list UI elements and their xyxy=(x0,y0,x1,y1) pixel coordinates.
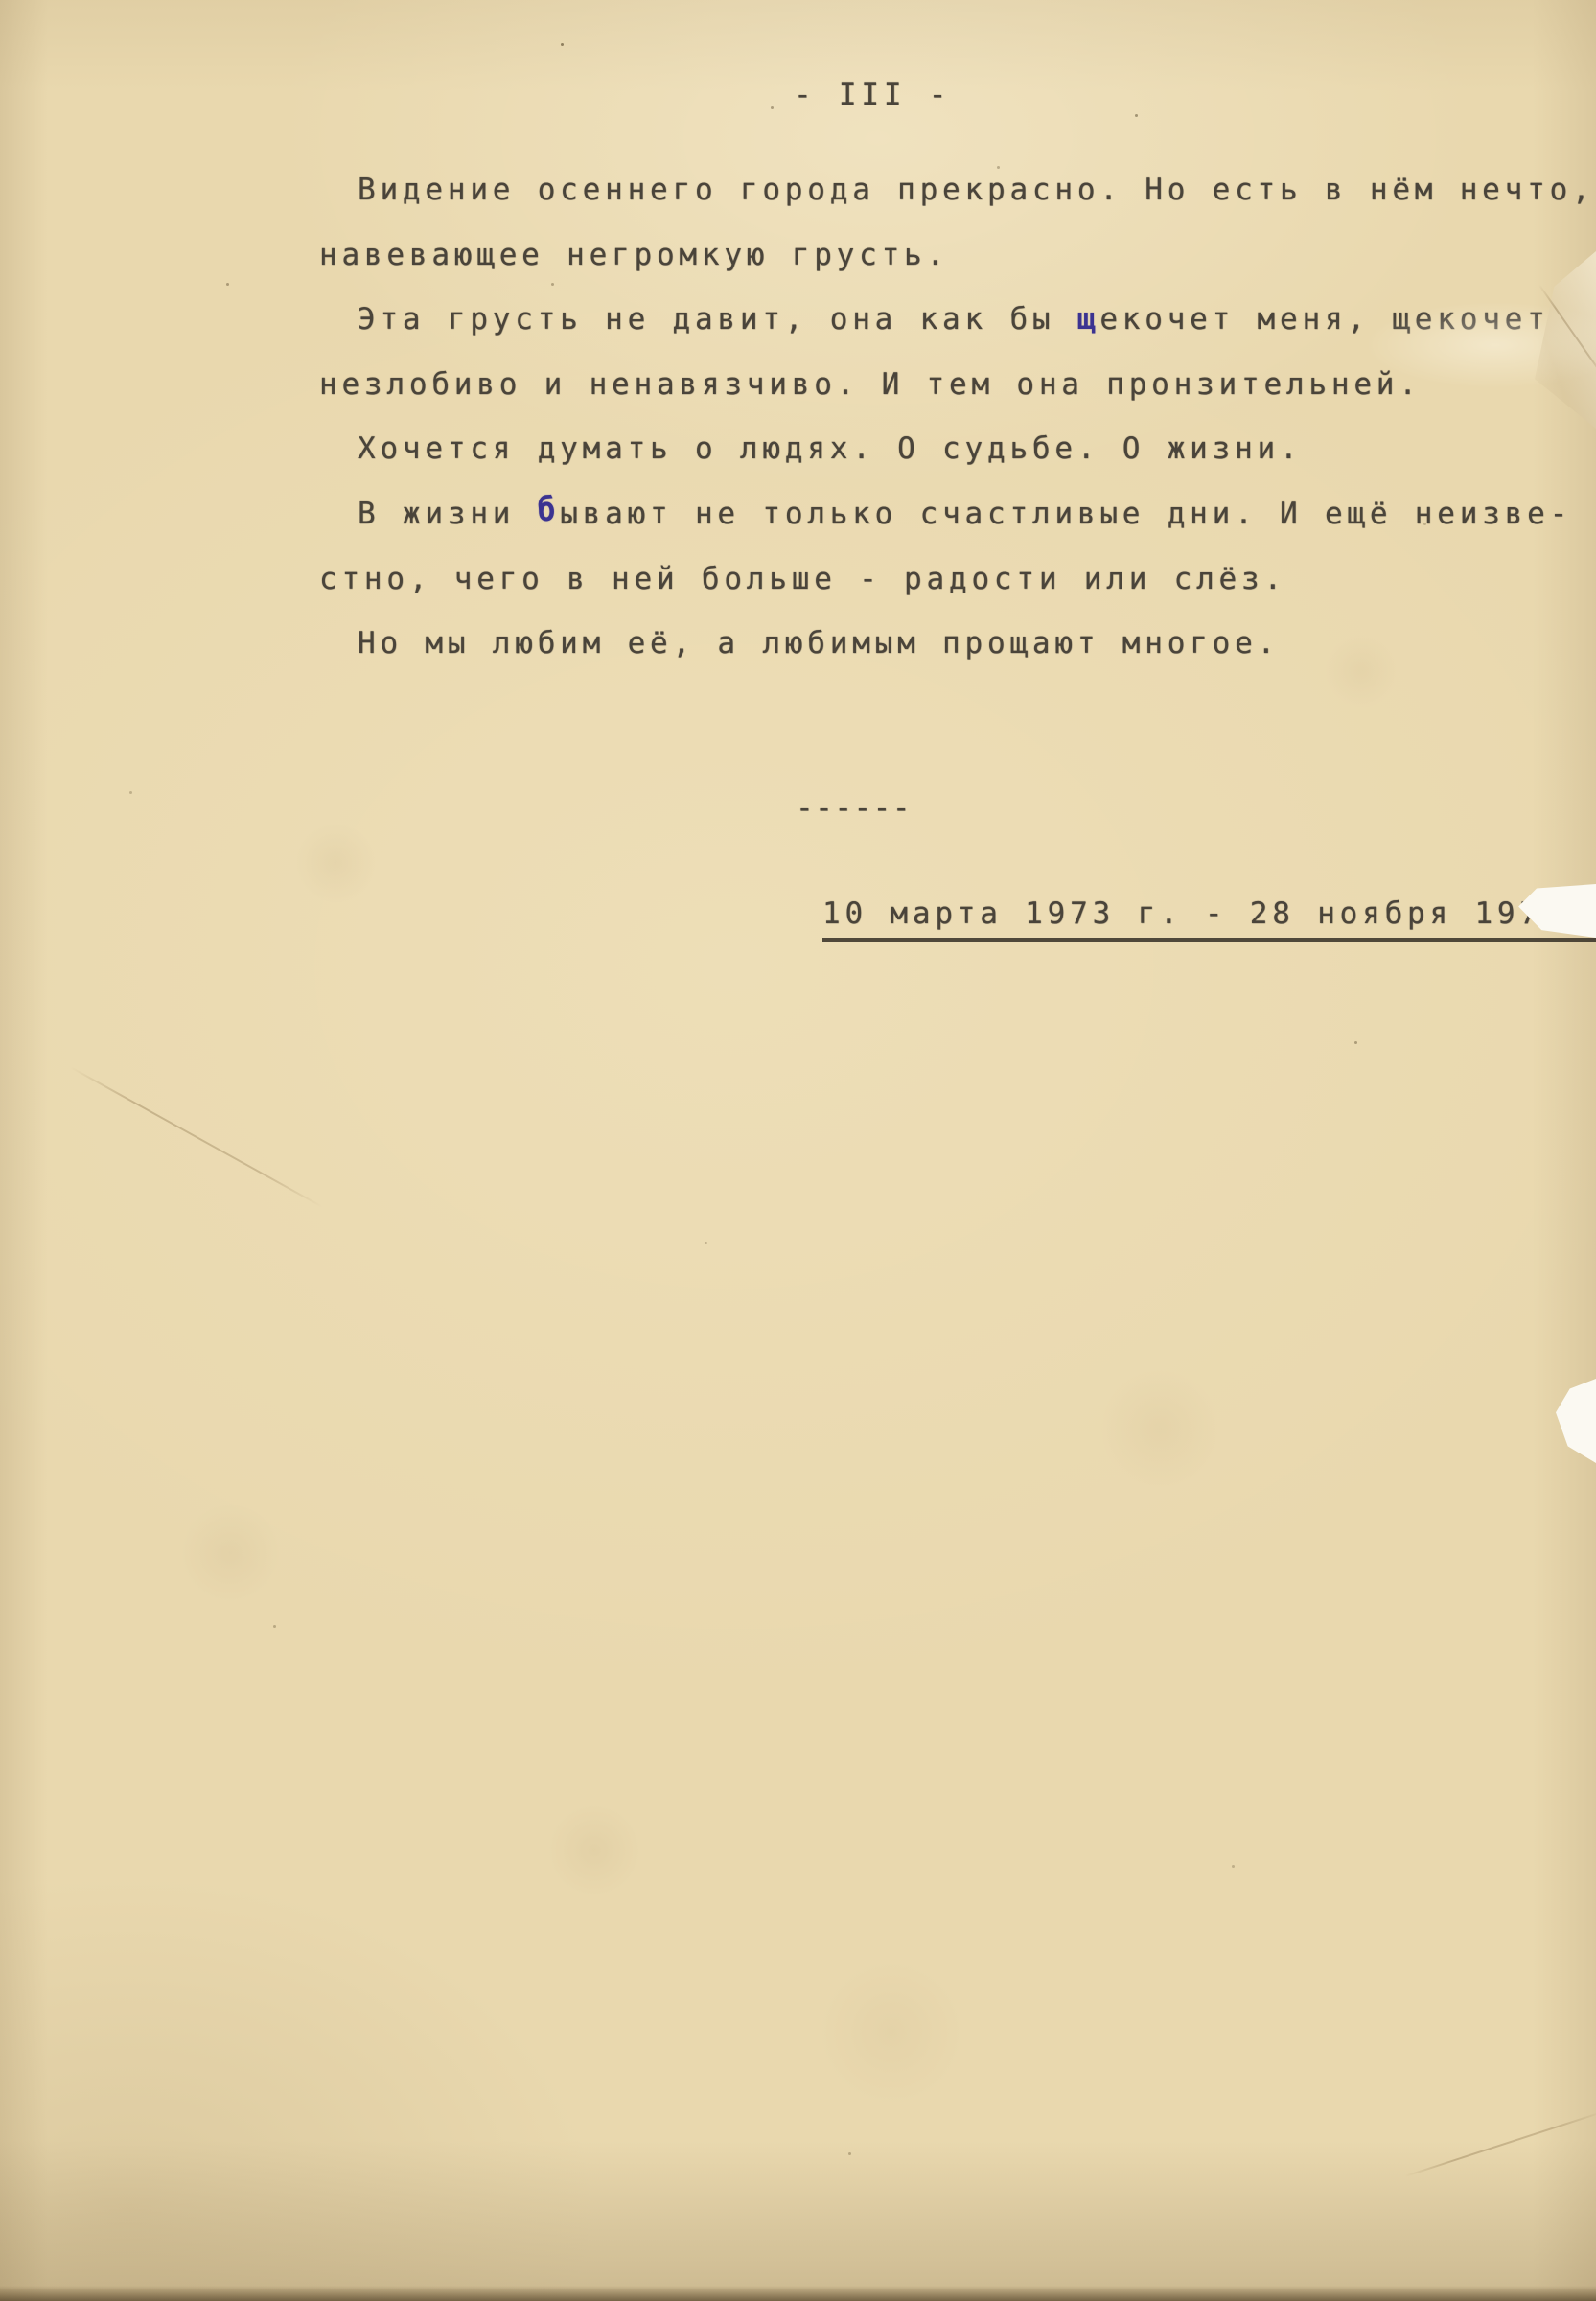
tear-notch xyxy=(1556,1379,1596,1463)
typed-line: В жизни бывают не только счастливые дни.… xyxy=(358,500,1572,529)
typed-text: Видение осеннего города прекрасно. Но ес… xyxy=(358,173,1595,207)
dateline-text: 10 марта 1973 г. - 28 ноября 1977 xyxy=(822,896,1564,931)
right-edge-fold xyxy=(1521,251,1596,429)
handwritten-correction: щ xyxy=(1077,302,1099,337)
paper-stains xyxy=(0,0,1596,2301)
crease-line xyxy=(1404,2110,1596,2177)
typed-text: стно, чего в ней больше - радости или сл… xyxy=(319,562,1286,596)
typed-line: стно, чего в ней больше - радости или сл… xyxy=(319,565,1286,594)
handwritten-correction: б xyxy=(538,494,560,527)
scanned-page: - III - Видение осеннего города прекрасн… xyxy=(0,0,1596,2301)
typed-line: Эта грусть не давит, она как бы щекочет … xyxy=(358,305,1550,335)
typed-line: незлобиво и ненавязчиво. И тем она пронз… xyxy=(319,370,1422,400)
bottom-edge-shadow xyxy=(0,2286,1596,2301)
separator-dashes: ------ xyxy=(796,794,912,824)
typed-text: Эта грусть не давит, она как бы xyxy=(358,302,1077,337)
typed-text: Хочется думать о людях. О судьбе. О жизн… xyxy=(358,431,1302,466)
page-number: - III - xyxy=(794,81,951,110)
typed-line: Видение осеннего города прекрасно. Но ес… xyxy=(358,175,1595,205)
typed-line: навевающее негромкую грусть. xyxy=(319,241,949,270)
typed-text: екочет меня, щекочет xyxy=(1099,302,1549,337)
crease-line xyxy=(70,1066,322,1207)
typed-line: Хочется думать о людях. О судьбе. О жизн… xyxy=(358,434,1302,464)
typed-text: Но мы любим её, а любимым прощают многое… xyxy=(358,626,1280,661)
typed-text: ывают не только счастливые дни. И ещё не… xyxy=(560,497,1572,531)
typed-text: В жизни xyxy=(358,497,538,531)
typed-text: навевающее негромкую грусть. xyxy=(319,238,949,272)
typed-line: Но мы любим её, а любимым прощают многое… xyxy=(358,629,1280,659)
paper-speckles xyxy=(561,43,564,46)
typed-text: незлобиво и ненавязчиво. И тем она пронз… xyxy=(319,367,1422,402)
dateline: 10 марта 1973 г. - 28 ноября 1977 xyxy=(822,899,1596,942)
